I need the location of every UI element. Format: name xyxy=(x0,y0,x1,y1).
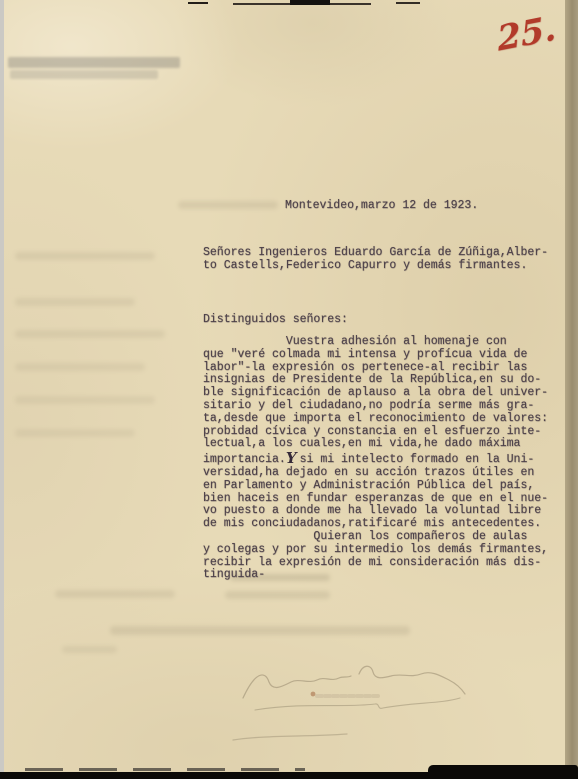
recipients-block: Señores Ingenieros Eduardo García de Zúñ… xyxy=(203,247,548,273)
bleedthrough-line xyxy=(15,363,145,371)
bleedthrough-line xyxy=(15,252,155,260)
closing-paragraph: Quieran los compañeros de aulas y colega… xyxy=(203,531,548,582)
page-edge-right xyxy=(565,0,578,772)
bleedthrough-line xyxy=(15,330,165,338)
salutation: Distinguidos señores: xyxy=(203,314,348,327)
handwritten-correction-y: Y xyxy=(286,452,293,465)
bleedthrough-line xyxy=(15,429,135,437)
scan-artifact-top xyxy=(188,2,208,4)
bleedthrough-line xyxy=(62,646,117,653)
bleedthrough-line xyxy=(15,298,135,306)
scan-edge-left xyxy=(0,0,4,772)
scan-artifact-bottom-blob xyxy=(428,765,578,779)
pencil-signature xyxy=(225,652,475,752)
letter-body: Vuestra adhesión al homenaje con que "ve… xyxy=(203,336,548,531)
scanned-letter-page: 25. Montevideo,marzo 12 de 1923. Señores… xyxy=(0,0,578,779)
bleedthrough-line xyxy=(55,590,175,598)
bleedthrough-line xyxy=(110,626,410,635)
bleedthrough-stamp xyxy=(8,57,180,68)
date-line: Montevideo,marzo 12 de 1923. xyxy=(285,200,478,213)
bleedthrough-line xyxy=(178,201,278,209)
bleedthrough-line xyxy=(225,591,330,599)
scan-artifact-top xyxy=(396,2,420,4)
scan-artifact-bottom-dashes xyxy=(25,768,305,771)
bleedthrough-line xyxy=(15,396,155,404)
ink-speck xyxy=(311,692,316,697)
scan-artifact-top xyxy=(290,0,330,5)
body-text-before-insert: Vuestra adhesión al homenaje con que "ve… xyxy=(203,335,548,466)
bleedthrough-stamp xyxy=(10,70,158,79)
